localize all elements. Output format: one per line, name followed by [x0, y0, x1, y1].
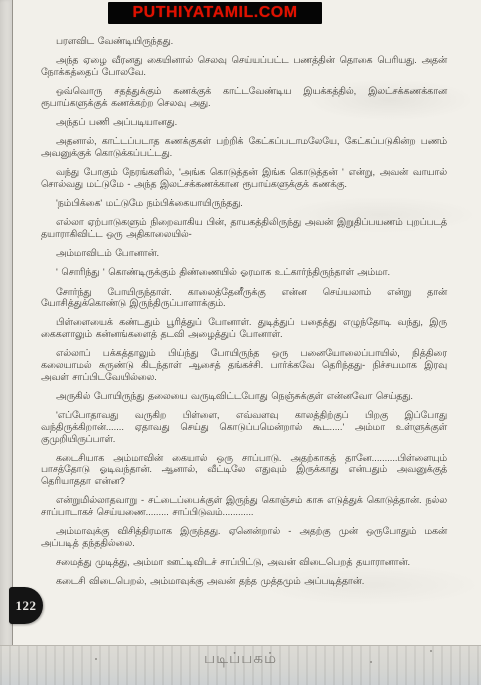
- site-banner-text: PUTHIYATAMIL.COM: [132, 4, 297, 22]
- body-text: பரளவிட வேண்டியிருந்தது.அந்த ஏழை வீரனது க…: [41, 36, 447, 596]
- paragraph: அம்மாவுக்கு விசித்திரமாக இருந்தது. ஏனென்…: [41, 526, 447, 549]
- paragraph: ஒவ்வொரு சதத்துக்கும் கணக்குக் காட்டவேண்ட…: [41, 86, 447, 109]
- scan-edge: [0, 0, 13, 685]
- paragraph: அருகில் போயிருந்து தலையை வருடிவிட்டபோது …: [41, 391, 447, 403]
- paragraph: சமைத்து முடித்து, அம்மா ஊட்டிவிடச் சாப்ப…: [41, 557, 447, 569]
- paragraph: அந்தப் பணி அப்படியானது.: [41, 117, 447, 129]
- paragraph: 'நம்பிக்கை' மட்டுமே நம்பிக்கையாயிருந்தது…: [41, 198, 447, 210]
- paragraph: அம்மாவிடம் போனான்.: [41, 248, 447, 260]
- scanned-page: PUTHIYATAMIL.COM பரளவிட வேண்டியிருந்தது.…: [0, 0, 481, 685]
- paragraph: பிள்ளையைக் கண்டதும் பூரித்துப் போனாள். த…: [41, 317, 447, 340]
- paragraph: சோர்ந்து போயிருந்தாள். காலைத்தேனீருக்கு …: [41, 287, 447, 310]
- page-number-badge: 122: [9, 587, 43, 624]
- paragraph: அதனால், காட்டப்படாத கணக்குகள் பற்றிக் கே…: [41, 136, 447, 159]
- paragraph: கடைசி விடைபெறல், அம்மாவுக்கு அவன் தந்த ம…: [41, 576, 447, 588]
- paragraph: பரளவிட வேண்டியிருந்தது.: [41, 36, 447, 48]
- paragraph: என்றுமில்லாதவாறு - சட்டைப்பைக்குள் இருந்…: [41, 495, 447, 518]
- paragraph: ' சொரிந்து ' கொண்டிருக்கும் திண்ணையில் ஓ…: [41, 267, 447, 279]
- footer-publisher: படிப்பகம்: [0, 650, 481, 669]
- paragraph: கடைசியாக அம்மாவின் கையால் ஒரு சாப்பாடு. …: [41, 453, 447, 488]
- paragraph: எல்லாப் பக்கத்தாலும் பிய்ந்து போயிருந்த …: [41, 348, 447, 383]
- scan-speck: [370, 661, 372, 663]
- site-banner: PUTHIYATAMIL.COM: [108, 2, 322, 24]
- paragraph: வந்து போகும் நேரங்களில், 'அங்க கொடுத்தன்…: [41, 167, 447, 190]
- scan-speck: [430, 650, 432, 652]
- page-number: 122: [16, 598, 37, 614]
- paragraph: எல்லா ஏற்பாடுகளும் நிறைவாகிய பின், தாயகத…: [41, 217, 447, 240]
- paragraph: 'எப்போதாவது வருகிற பிள்ளை, எவ்வளவு காலத்…: [41, 410, 447, 445]
- paragraph: அந்த ஏழை வீரனது கையினால் செலவு செய்யப்பட…: [41, 55, 447, 78]
- scan-speck: [95, 658, 97, 660]
